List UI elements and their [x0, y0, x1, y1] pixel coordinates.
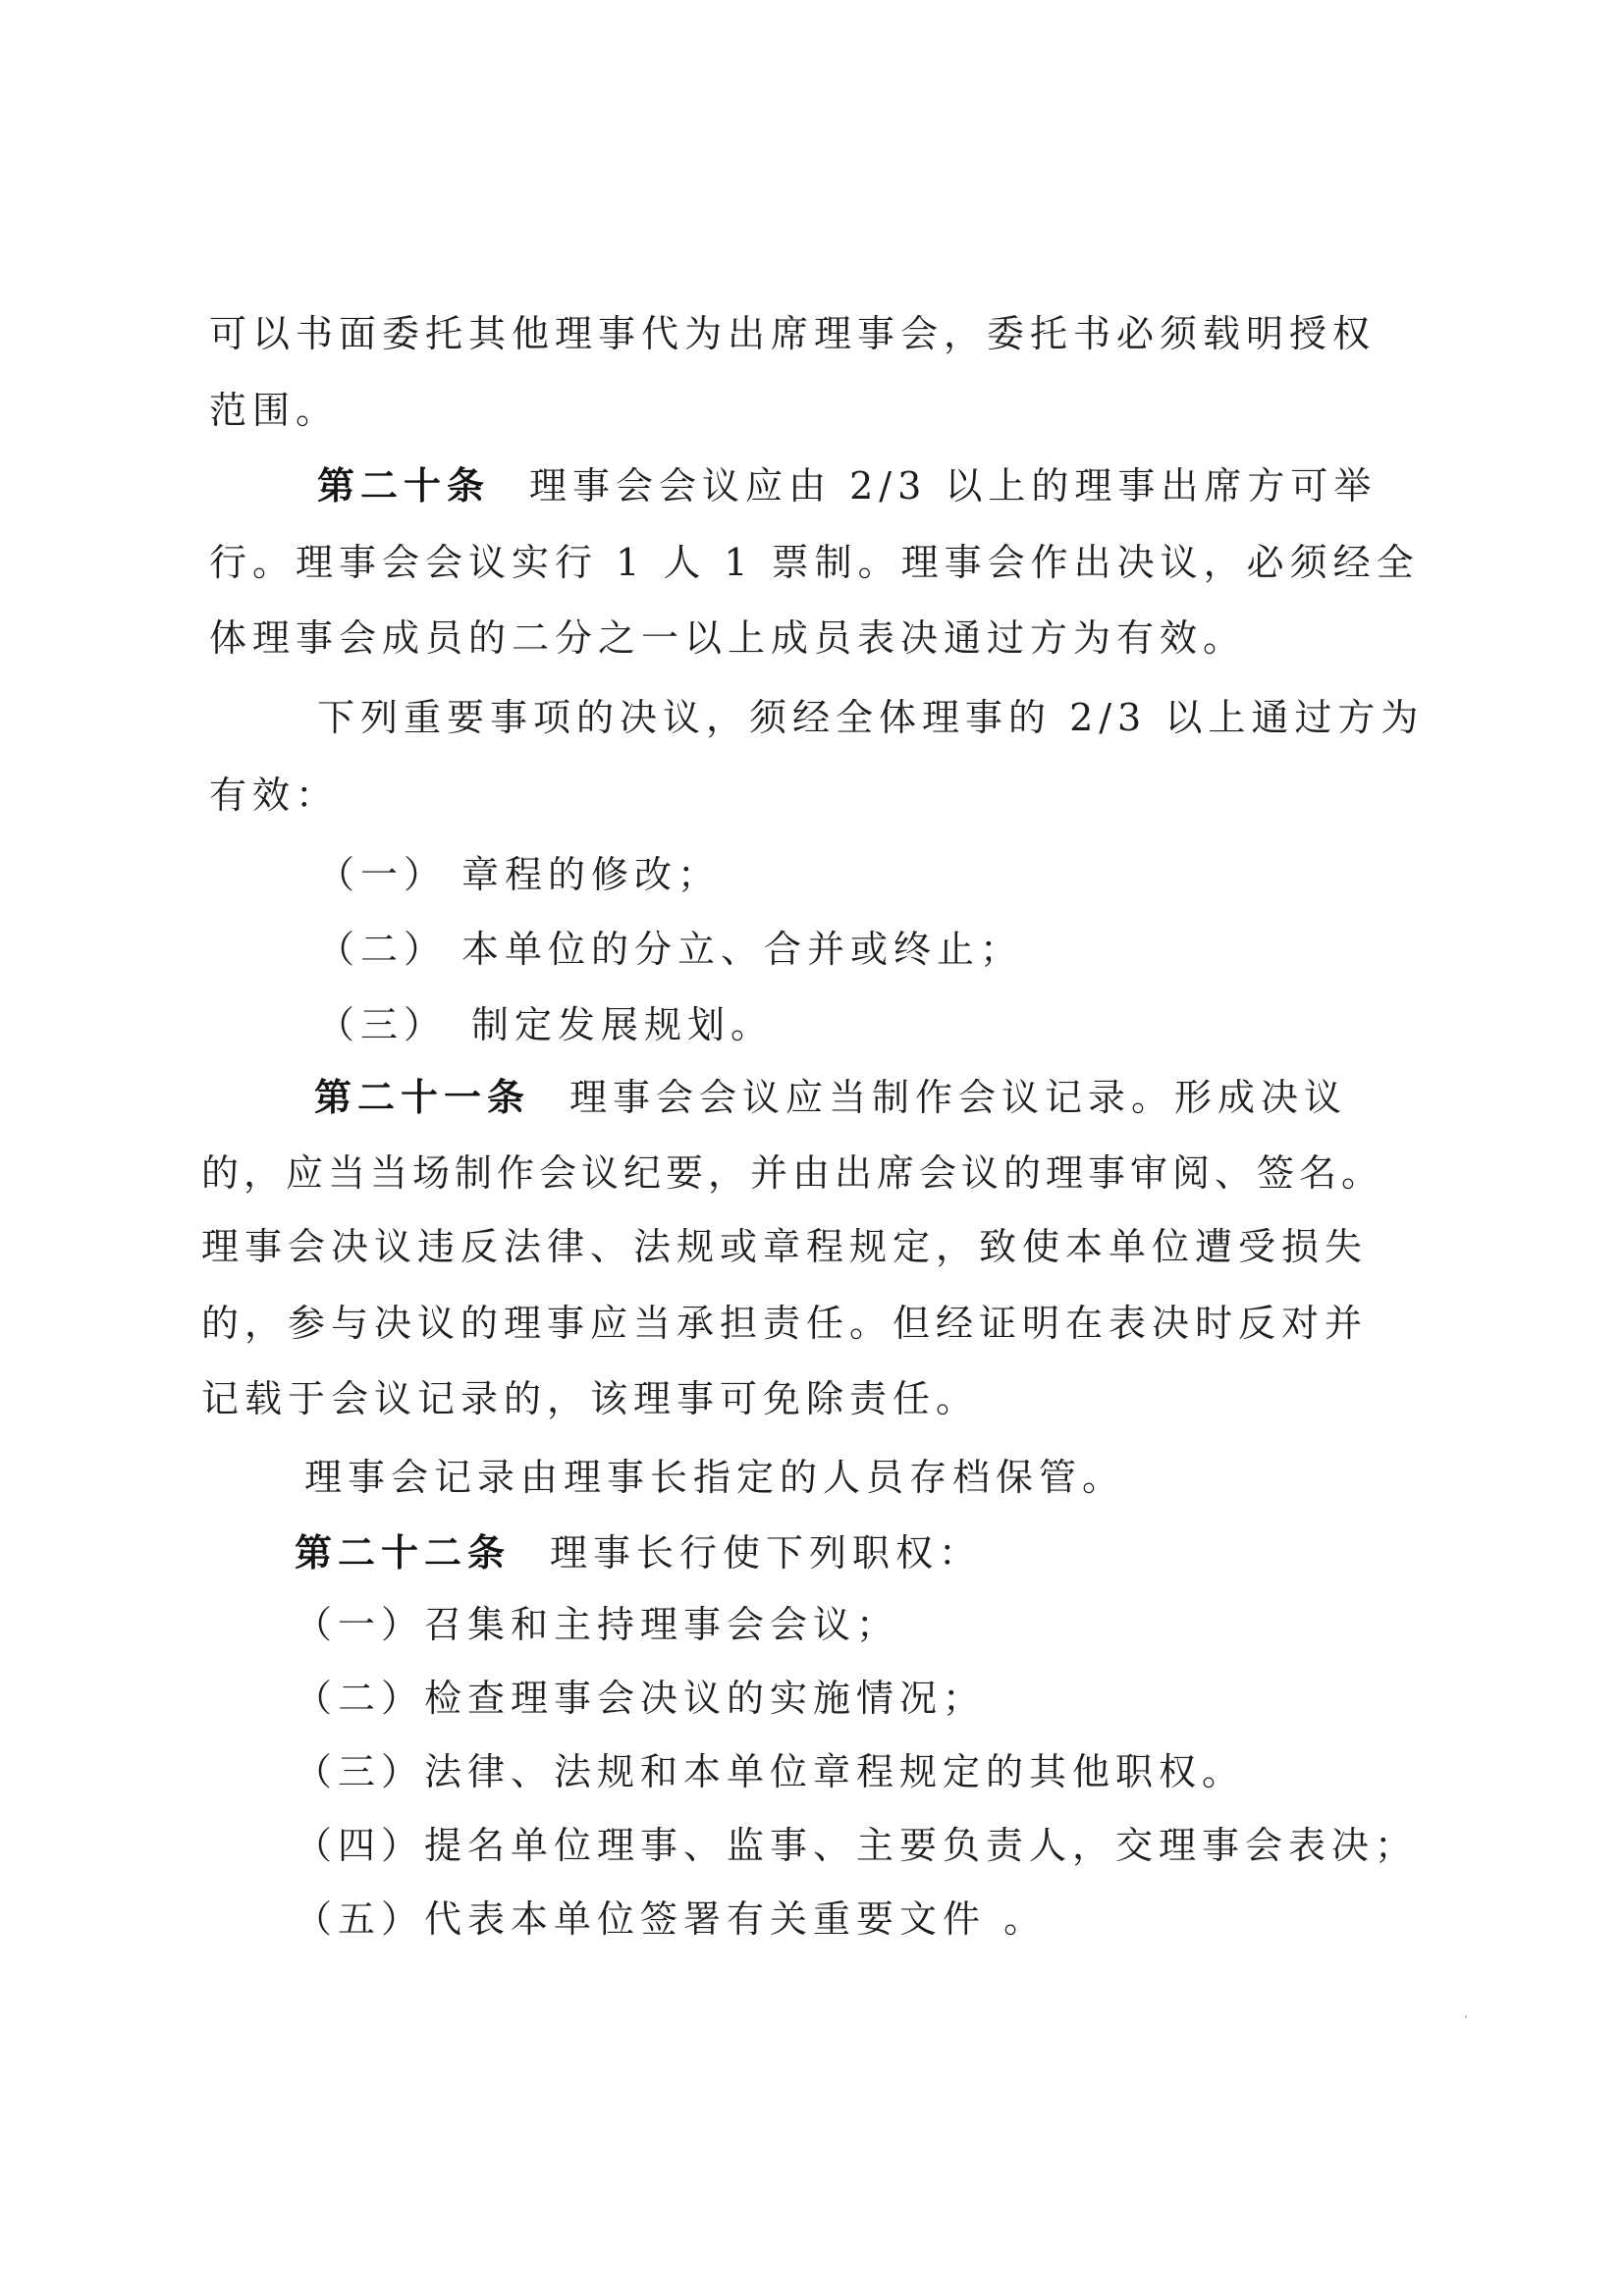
line-text: 的，参与决议的理事应当承担责任。但经证明在表决时反对并 [201, 1302, 1368, 1345]
line-text: 有效： [209, 774, 339, 817]
paragraph-line: 体理事会成员的二分之一以上成员表决通过方为有效。 [209, 616, 1246, 660]
paragraph-line: 理事会决议违反法律、法规或章程规定，致使本单位遭受损失 [201, 1225, 1368, 1268]
paragraph-line: 范围。 [209, 389, 339, 432]
line-text: 理事会会议应由 2/3 以上的理事出席方可举 [529, 464, 1377, 507]
scan-speck [1465, 2015, 1467, 2018]
article-21-heading-line: 第二十一条理事会会议应当制作会议记录。形成决议 [314, 1076, 1347, 1119]
line-text: 理事会记录由理事长指定的人员存档保管。 [304, 1456, 1125, 1499]
line-text: 的，应当当场制作会议纪要，并由出席会议的理事审阅、签名。 [201, 1151, 1383, 1195]
list-item-text: 制定发展规划。 [471, 1003, 774, 1046]
list-item: （二）本单位的分立、合并或终止； [317, 928, 1023, 971]
list-item-text: 章程的修改； [461, 853, 721, 896]
line-text: 行。理事会会议实行 1 人 1 票制。理事会作出决议，必须经全 [209, 541, 1420, 584]
line-text: 记载于会议记录的，该理事可免除责任。 [201, 1377, 979, 1420]
paragraph-line: 下列重要事项的决议，须经全体理事的 2/3 以上通过方为 [317, 696, 1424, 739]
list-marker: （一） [295, 1603, 424, 1646]
paragraph-line: 可以书面委托其他理事代为出席理事会，委托书必须载明授权 [209, 312, 1376, 355]
list-item-text: 提名单位理事、监事、主要负责人，交理事会表决； [424, 1824, 1418, 1867]
paragraph-line: 的，参与决议的理事应当承担责任。但经证明在表决时反对并 [201, 1302, 1368, 1345]
line-text: 范围。 [209, 389, 339, 432]
list-item-text: 召集和主持理事会会议； [424, 1603, 899, 1646]
article-heading: 第二十二条 [295, 1530, 511, 1575]
list-item: （五）代表本单位签署有关重要文件 。 [295, 1897, 1047, 1941]
line-text: 理事长行使下列职权： [550, 1531, 982, 1575]
list-marker: （二） [295, 1677, 424, 1720]
list-item: （二）检查理事会决议的实施情况； [295, 1677, 986, 1720]
paragraph-line: 有效： [209, 774, 339, 817]
list-item-text: 法律、法规和本单位章程规定的其他职权。 [424, 1750, 1245, 1793]
line-text: 理事会会议应当制作会议记录。形成决议 [569, 1076, 1347, 1119]
list-item-text: 本单位的分立、合并或终止； [461, 928, 1023, 971]
list-marker: （二） [317, 928, 461, 971]
list-item: （三）制定发展规划。 [317, 1003, 774, 1046]
article-22-heading-line: 第二十二条理事长行使下列职权： [295, 1531, 982, 1575]
list-item: （四）提名单位理事、监事、主要负责人，交理事会表决； [295, 1824, 1418, 1867]
document-page: 可以书面委托其他理事代为出席理事会，委托书必须载明授权 范围。 第二十条理事会会… [0, 0, 1623, 2296]
list-item-text: 代表本单位签署有关重要文件 。 [424, 1897, 1047, 1941]
line-text: 可以书面委托其他理事代为出席理事会，委托书必须载明授权 [209, 312, 1376, 355]
article-heading: 第二十一条 [314, 1075, 530, 1119]
paragraph-line: 的，应当当场制作会议纪要，并由出席会议的理事审阅、签名。 [201, 1151, 1383, 1195]
list-marker: （五） [295, 1897, 424, 1941]
list-item: （三）法律、法规和本单位章程规定的其他职权。 [295, 1750, 1245, 1793]
line-text: 体理事会成员的二分之一以上成员表决通过方为有效。 [209, 616, 1246, 660]
list-item: （一）章程的修改； [317, 853, 721, 896]
list-marker: （四） [295, 1824, 424, 1867]
line-text: 下列重要事项的决议，须经全体理事的 2/3 以上通过方为 [317, 696, 1424, 739]
paragraph-line: 理事会记录由理事长指定的人员存档保管。 [304, 1456, 1125, 1499]
paragraph-line: 记载于会议记录的，该理事可免除责任。 [201, 1377, 979, 1420]
article-heading: 第二十条 [317, 463, 490, 507]
list-item: （一）召集和主持理事会会议； [295, 1603, 899, 1646]
list-marker: （一） [317, 853, 461, 896]
list-item-text: 检查理事会决议的实施情况； [424, 1677, 986, 1720]
article-20-heading-line: 第二十条理事会会议应由 2/3 以上的理事出席方可举 [317, 464, 1377, 507]
list-marker: （三） [295, 1750, 424, 1793]
list-marker: （三） [317, 1003, 471, 1046]
paragraph-line: 行。理事会会议实行 1 人 1 票制。理事会作出决议，必须经全 [209, 541, 1420, 584]
line-text: 理事会决议违反法律、法规或章程规定，致使本单位遭受损失 [201, 1225, 1368, 1268]
